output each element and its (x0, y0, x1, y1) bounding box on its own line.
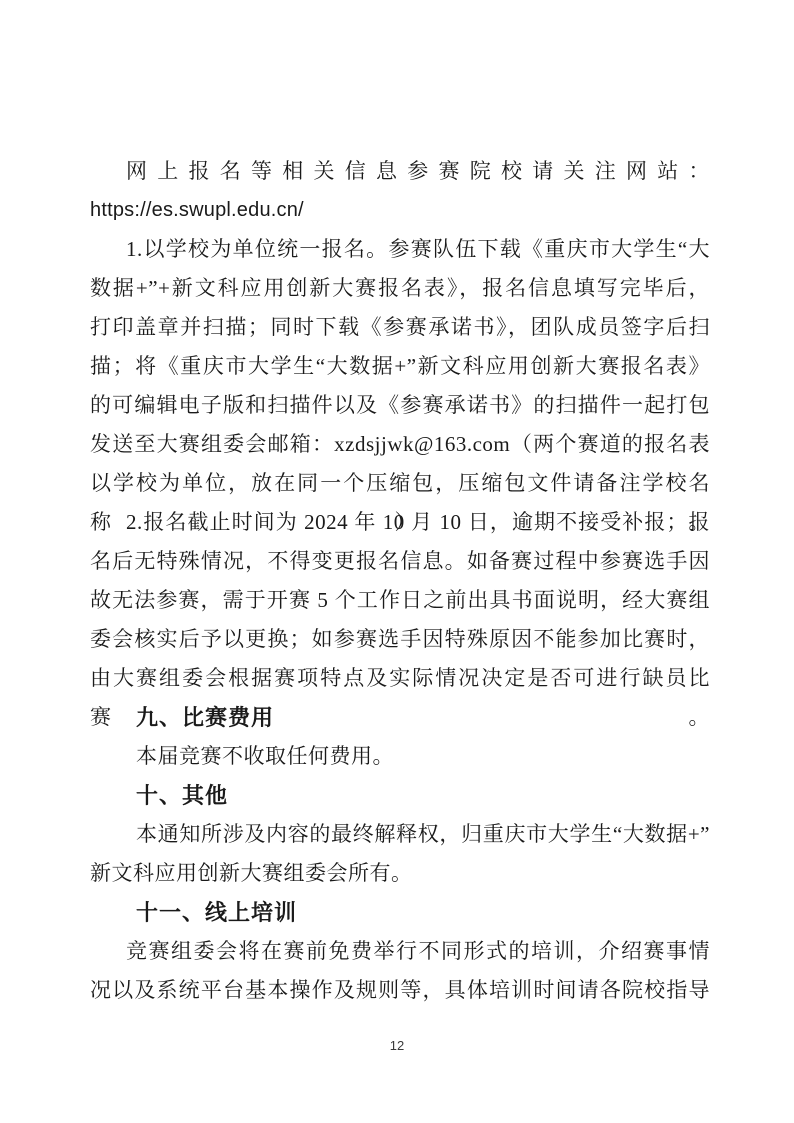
text-line: 新文科应用创新大赛组委会所有。 (90, 854, 710, 893)
text-line: 名后无特殊情况，不得变更报名信息。如备赛过程中参赛选手因 (90, 542, 710, 581)
text-line: 2.报名截止时间为 2024 年 10 月 10 日，逾期不接受补报；报 (90, 503, 710, 542)
text-line: 以学校为单位，放在同一个压缩包，压缩包文件请备注学校名称）。 (90, 464, 710, 503)
text-line: 发送至大赛组委会邮箱：xzdsjjwk@163.com（两个赛道的报名表 (90, 425, 710, 464)
text-line: 描；将《重庆市大学生“大数据+”新文科应用创新大赛报名表》 (90, 347, 710, 386)
text-line: 打印盖章并扫描；同时下载《参赛承诺书》，团队成员签字后扫 (90, 308, 710, 347)
text-line: 由大赛组委会根据赛项特点及实际情况决定是否可进行缺员比赛。 (90, 659, 710, 698)
text-line: 数据+”+新文科应用创新大赛报名表》，报名信息填写完毕后， (90, 269, 710, 308)
page-number: 12 (0, 1038, 794, 1054)
document-page: 网上报名等相关信息参赛院校请关注网站： https://es.swupl.edu… (0, 0, 794, 1123)
text-line: 况以及系统平台基本操作及规则等，具体培训时间请各院校指导 (90, 971, 710, 1010)
text-line: 网上报名等相关信息参赛院校请关注网站： (90, 152, 710, 191)
text-line: 1.以学校为单位统一报名。参赛队伍下载《重庆市大学生“大 (90, 230, 710, 269)
document-body: 网上报名等相关信息参赛院校请关注网站： https://es.swupl.edu… (90, 152, 710, 1010)
text-line: 本通知所涉及内容的最终解释权，归重庆市大学生“大数据+” (90, 815, 710, 854)
section-heading: 十一、线上培训 (90, 893, 710, 932)
section-heading: 十、其他 (90, 776, 710, 815)
text-line: 故无法参赛，需于开赛 5 个工作日之前出具书面说明，经大赛组 (90, 581, 710, 620)
text-line: 本届竞赛不收取任何费用。 (90, 737, 710, 776)
url-line: https://es.swupl.edu.cn/ (90, 191, 710, 230)
text-line: 委会核实后予以更换；如参赛选手因特殊原因不能参加比赛时， (90, 620, 710, 659)
text-line: 竞赛组委会将在赛前免费举行不同形式的培训，介绍赛事情 (90, 932, 710, 971)
text-line: 的可编辑电子版和扫描件以及《参赛承诺书》的扫描件一起打包 (90, 386, 710, 425)
